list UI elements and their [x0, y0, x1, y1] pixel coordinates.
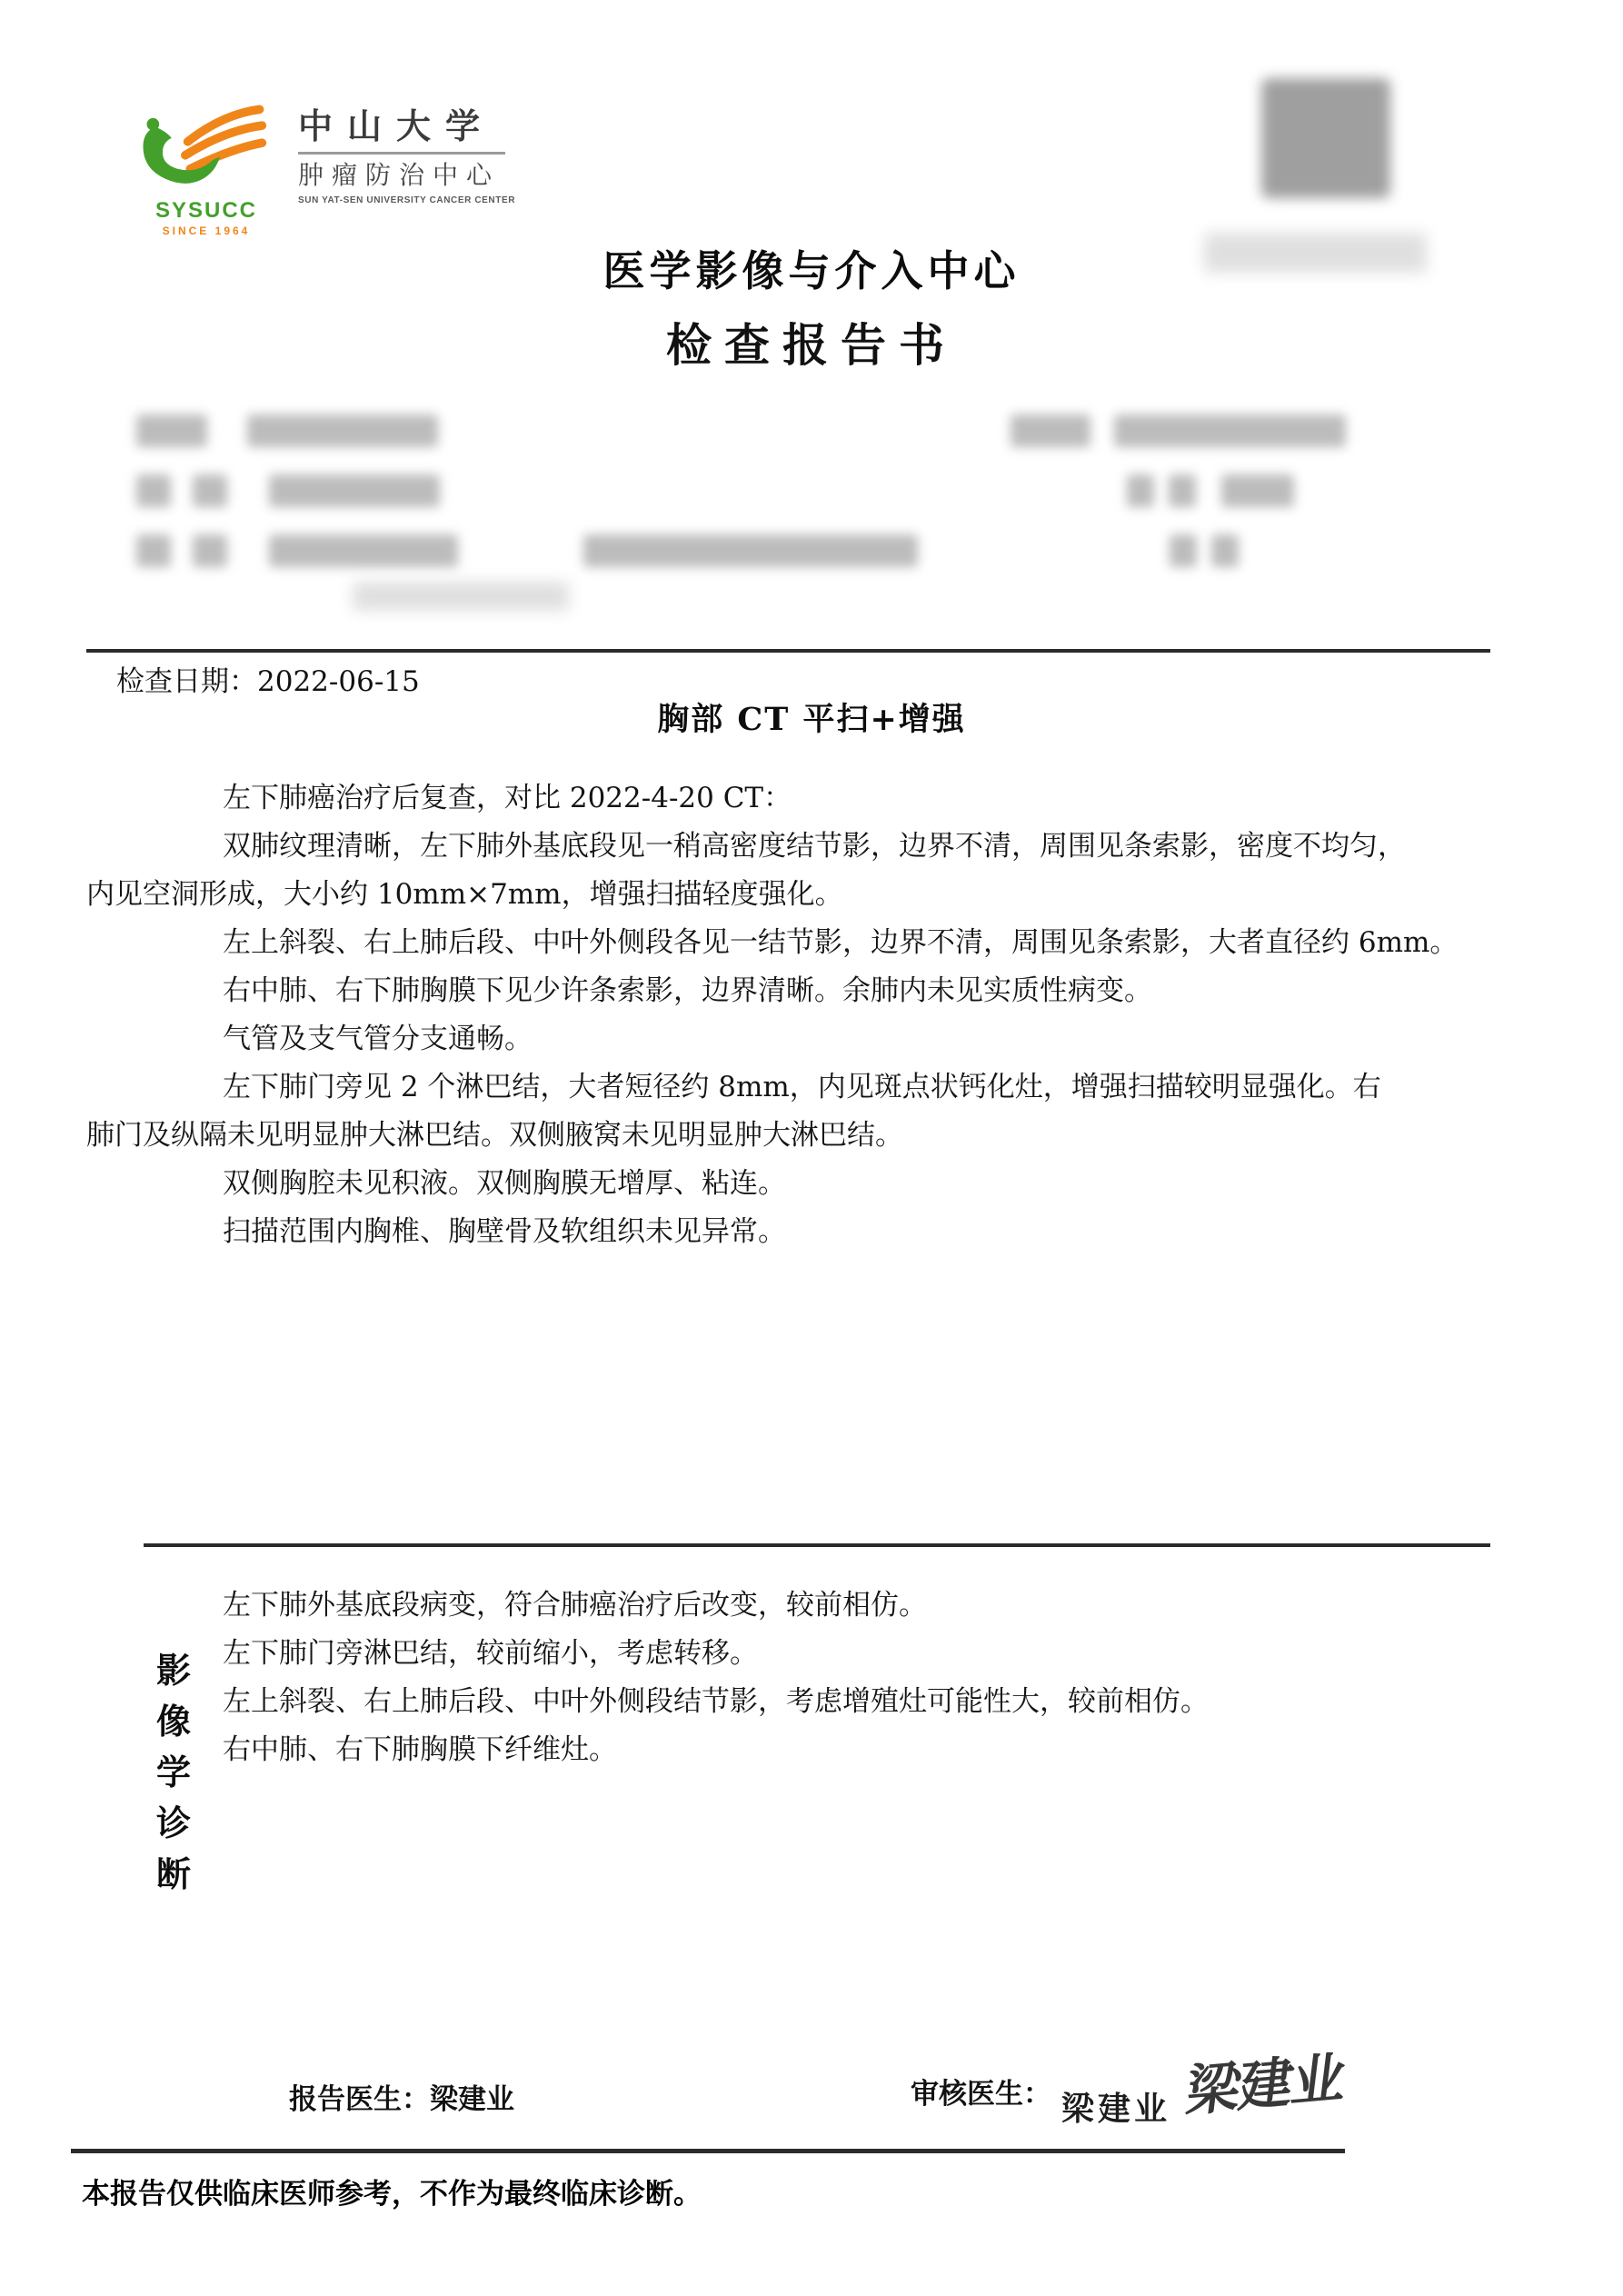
- findings-line: 内见空洞形成，大小约 10mm×7mm，增强扫描轻度强化。: [86, 871, 1520, 919]
- logo-since-text: SINCE 1964: [163, 225, 251, 237]
- diagnosis-line: 左上斜裂、右上肺后段、中叶外侧段结节影，考虑增殖灶可能性大，较前相仿。: [223, 1678, 1209, 1726]
- qr-code-redacted: [1261, 78, 1390, 198]
- redacted-patient-field: [1221, 474, 1294, 507]
- diagnosis-label-char: 断: [151, 1849, 196, 1900]
- redacted-patient-field: [1170, 534, 1197, 567]
- diagnosis-text: 左下肺外基底段病变，符合肺癌治疗后改变，较前相仿。左下肺门旁淋巴结，较前缩小，考…: [223, 1582, 1209, 1774]
- redacted-patient-field: [193, 534, 227, 567]
- diagnosis-line: 右中肺、右下肺胸膜下纤维灶。: [223, 1726, 1209, 1774]
- report-doctor-label: 报告医生：: [289, 2083, 430, 2116]
- redacted-patient-field: [1011, 414, 1090, 447]
- redacted-patient-field: [1114, 414, 1346, 447]
- diagnosis-divider: [144, 1543, 1490, 1547]
- diagnosis-section-label: 影像学诊断: [151, 1645, 196, 1900]
- diagnosis-label-char: 诊: [151, 1798, 196, 1849]
- redacted-patient-field: [136, 534, 171, 567]
- redacted-patient-field: [136, 474, 171, 507]
- logo-acronym: SYSUCC: [155, 198, 257, 224]
- sysucc-bird-flame-icon: [138, 102, 274, 196]
- findings-line: 肺门及纵隔未见明显肿大淋巴结。双侧腋窝未见明显肿大淋巴结。: [86, 1112, 1520, 1160]
- logo-text-column: 中山大学 肿瘤防治中心 SUN YAT-SEN UNIVERSITY CANCE…: [298, 102, 515, 237]
- findings-line: 右中肺、右下肺胸膜下见少许条索影，边界清晰。余肺内未见实质性病变。: [86, 967, 1520, 1015]
- diagnosis-label-char: 像: [151, 1696, 196, 1747]
- report-doctor-row: 报告医生：梁建业: [289, 2076, 514, 2117]
- review-doctor-signature: 梁建业: [1182, 2034, 1349, 2127]
- diagnosis-label-char: 学: [151, 1747, 196, 1798]
- footer-disclaimer: 本报告仅供临床医师参考，不作为最终临床诊断。: [82, 2171, 702, 2211]
- review-doctor-name: 梁建业: [1061, 2083, 1170, 2130]
- findings-line: 双肺纹理清晰，左下肺外基底段见一稍高密度结节影，边界不清，周围见条索影，密度不均…: [86, 823, 1520, 871]
- findings-line: 气管及支气管分支通畅。: [86, 1015, 1520, 1063]
- redacted-patient-field: [1211, 534, 1239, 567]
- exam-date-label: 检查日期：: [116, 665, 257, 698]
- redacted-patient-field: [136, 414, 207, 447]
- diagnosis-label-char: 影: [151, 1645, 196, 1696]
- logo-divider: [298, 152, 505, 155]
- footer-divider: [71, 2149, 1345, 2153]
- findings-line: 左下肺门旁见 2 个淋巴结，大者短径约 8mm，内见斑点状钙化灶，增强扫描较明显…: [86, 1063, 1520, 1112]
- study-title: 胸部 CT 平扫+增强: [21, 694, 1602, 740]
- university-name: 中山大学: [298, 107, 515, 145]
- hospital-logo: SYSUCC SINCE 1964 中山大学 肿瘤防治中心 SUN YAT-SE…: [134, 102, 515, 237]
- redacted-patient-field: [269, 474, 440, 507]
- center-name: 肿瘤防治中心: [298, 162, 515, 190]
- findings-line: 左下肺癌治疗后复查，对比 2022-4-20 CT：: [86, 774, 1520, 823]
- findings-text: 左下肺癌治疗后复查，对比 2022-4-20 CT：双肺纹理清晰，左下肺外基底段…: [86, 774, 1520, 1256]
- diagnosis-line: 左下肺外基底段病变，符合肺癌治疗后改变，较前相仿。: [223, 1582, 1209, 1630]
- redacted-patient-field: [269, 534, 458, 567]
- report-subtitle: 检查报告书: [0, 309, 1623, 374]
- review-doctor-label: 审核医生：: [911, 2071, 1051, 2111]
- center-name-en: SUN YAT-SEN UNIVERSITY CANCER CENTER: [298, 195, 515, 205]
- findings-line: 扫描范围内胸椎、胸壁骨及软组织未见异常。: [86, 1208, 1520, 1256]
- findings-line: 双侧胸腔未见积液。双侧胸膜无增厚、粘连。: [86, 1160, 1520, 1208]
- page-title: 医学影像与介入中心: [0, 238, 1623, 298]
- redacted-patient-field: [353, 582, 569, 611]
- redacted-patient-field: [583, 534, 918, 567]
- header-divider: [86, 649, 1490, 653]
- logo-icon-column: SYSUCC SINCE 1964: [134, 102, 278, 237]
- redacted-patient-field: [1169, 474, 1196, 507]
- redacted-patient-field: [247, 414, 438, 447]
- report-page: SYSUCC SINCE 1964 中山大学 肿瘤防治中心 SUN YAT-SE…: [0, 0, 1623, 2296]
- redacted-patient-field: [193, 474, 227, 507]
- exam-date-row: 检查日期：2022-06-15: [116, 658, 420, 699]
- redacted-patient-field: [1127, 474, 1154, 507]
- findings-line: 左上斜裂、右上肺后段、中叶外侧段各见一结节影，边界不清，周围见条索影，大者直径约…: [86, 919, 1520, 967]
- report-doctor-name: 梁建业: [430, 2083, 514, 2116]
- exam-date-value: 2022-06-15: [257, 665, 420, 698]
- diagnosis-line: 左下肺门旁淋巴结，较前缩小，考虑转移。: [223, 1630, 1209, 1678]
